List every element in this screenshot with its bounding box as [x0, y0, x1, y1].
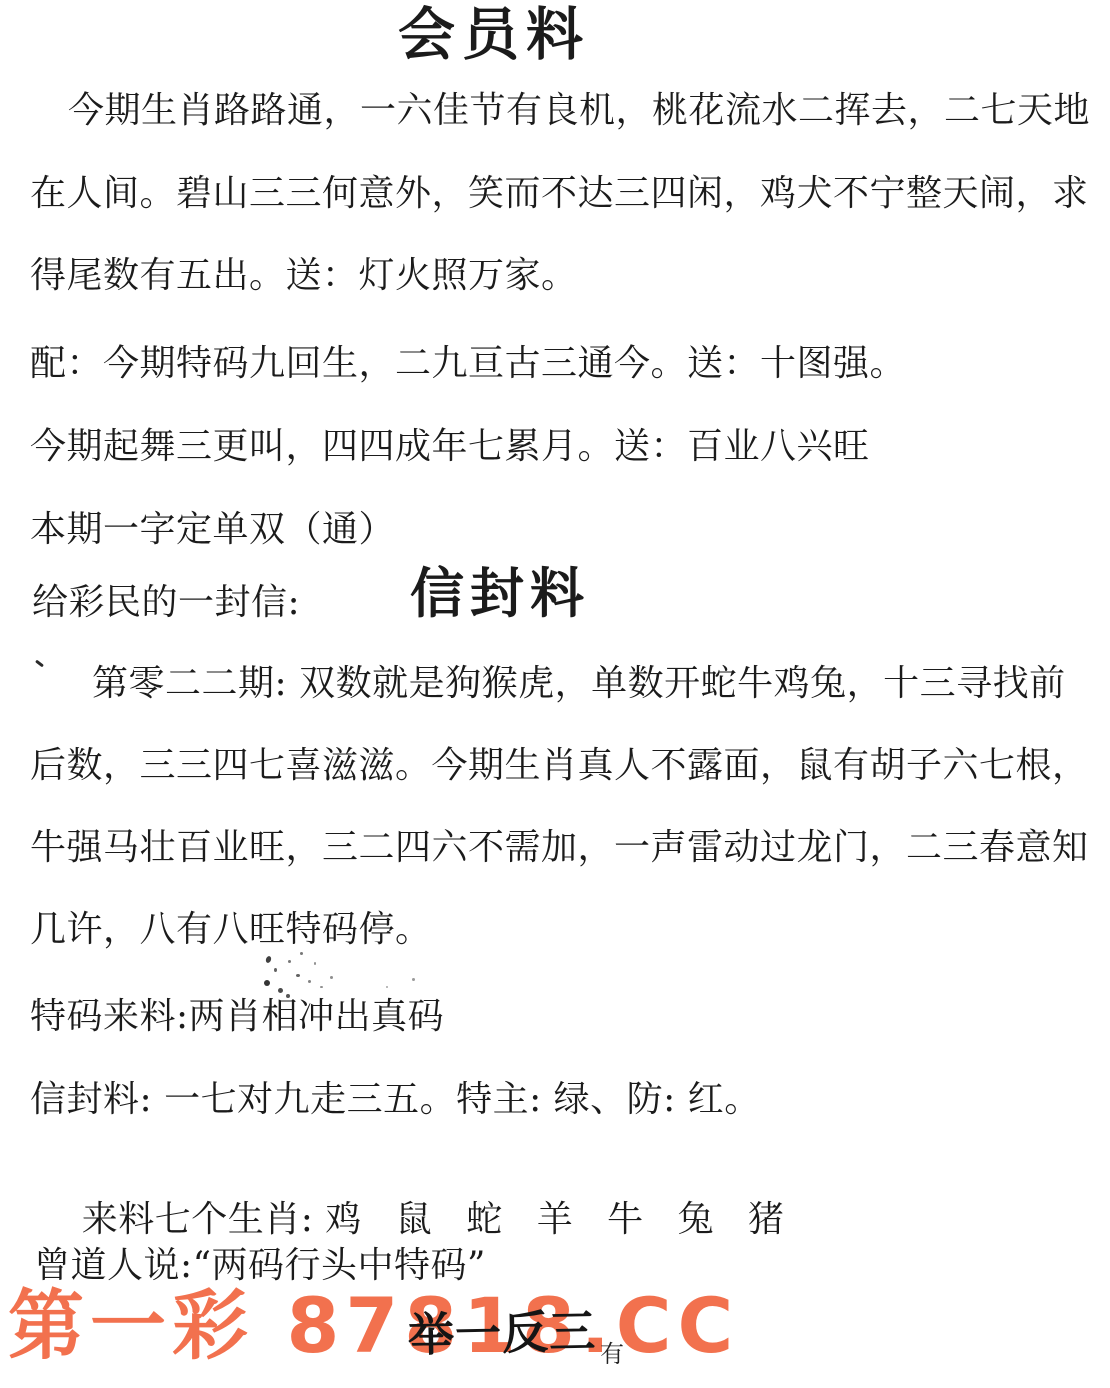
paragraph1-line1: 今期生肖路路通，一六佳节有良机，桃花流水二挥去，二七天地: [68, 93, 1090, 129]
paragraph2-line3: 牛强马壮百业旺，三二四六不需加，一声雷动过龙门，二三春意知: [30, 830, 1089, 866]
handwritten-note-small: 有: [600, 1342, 624, 1366]
line-qiwu: 今期起舞三更叫，四四成年七累月。送：百业八兴旺: [30, 429, 870, 465]
line-xinfengliao: 信封料: 一七对九走三五。特主: 绿、防: 红。: [30, 1082, 761, 1118]
site-watermark: 第一彩 87818.CC: [8, 1288, 739, 1364]
line-pei: 配：今期特码九回生，二九亘古三通今。送：十图强。: [30, 346, 906, 382]
paragraph2-line2: 后数，三三四七喜滋滋。今期生肖真人不露面，鼠有胡子六七根，: [30, 748, 1089, 784]
paragraph2-line4: 几许，八有八旺特码停。: [30, 912, 432, 948]
zodiac-label: 来料七个生肖:: [82, 1199, 326, 1240]
line-zengdaoren: 曾道人说:“两码行头中特码”: [34, 1248, 486, 1284]
paragraph1-line3: 得尾数有五出。送：灯火照万家。: [30, 258, 578, 294]
handwritten-note: 举一反三: [408, 1308, 597, 1358]
letter-label: 给彩民的一封信:: [32, 585, 300, 621]
paragraph1-line2: 在人间。碧山三三何意外，笑而不达三四闲，鸡犬不宁整天闹，求: [30, 176, 1089, 212]
section-title-envelope: 信封料: [410, 566, 590, 620]
line-tema-laoliao: 特码来料:两肖相冲出真码: [30, 999, 444, 1035]
page-title: 会员料: [398, 6, 590, 63]
stray-ink-mark: [33, 660, 45, 676]
line-benqi: 本期一字定单双（通）: [30, 512, 395, 548]
paragraph2-line1: 第零二二期: 双数就是狗猴虎，单数开蛇牛鸡兔，十三寻找前: [92, 666, 1066, 702]
zodiac-animals: 鸡 鼠 蛇 羊 牛 兔 猪: [325, 1199, 784, 1240]
